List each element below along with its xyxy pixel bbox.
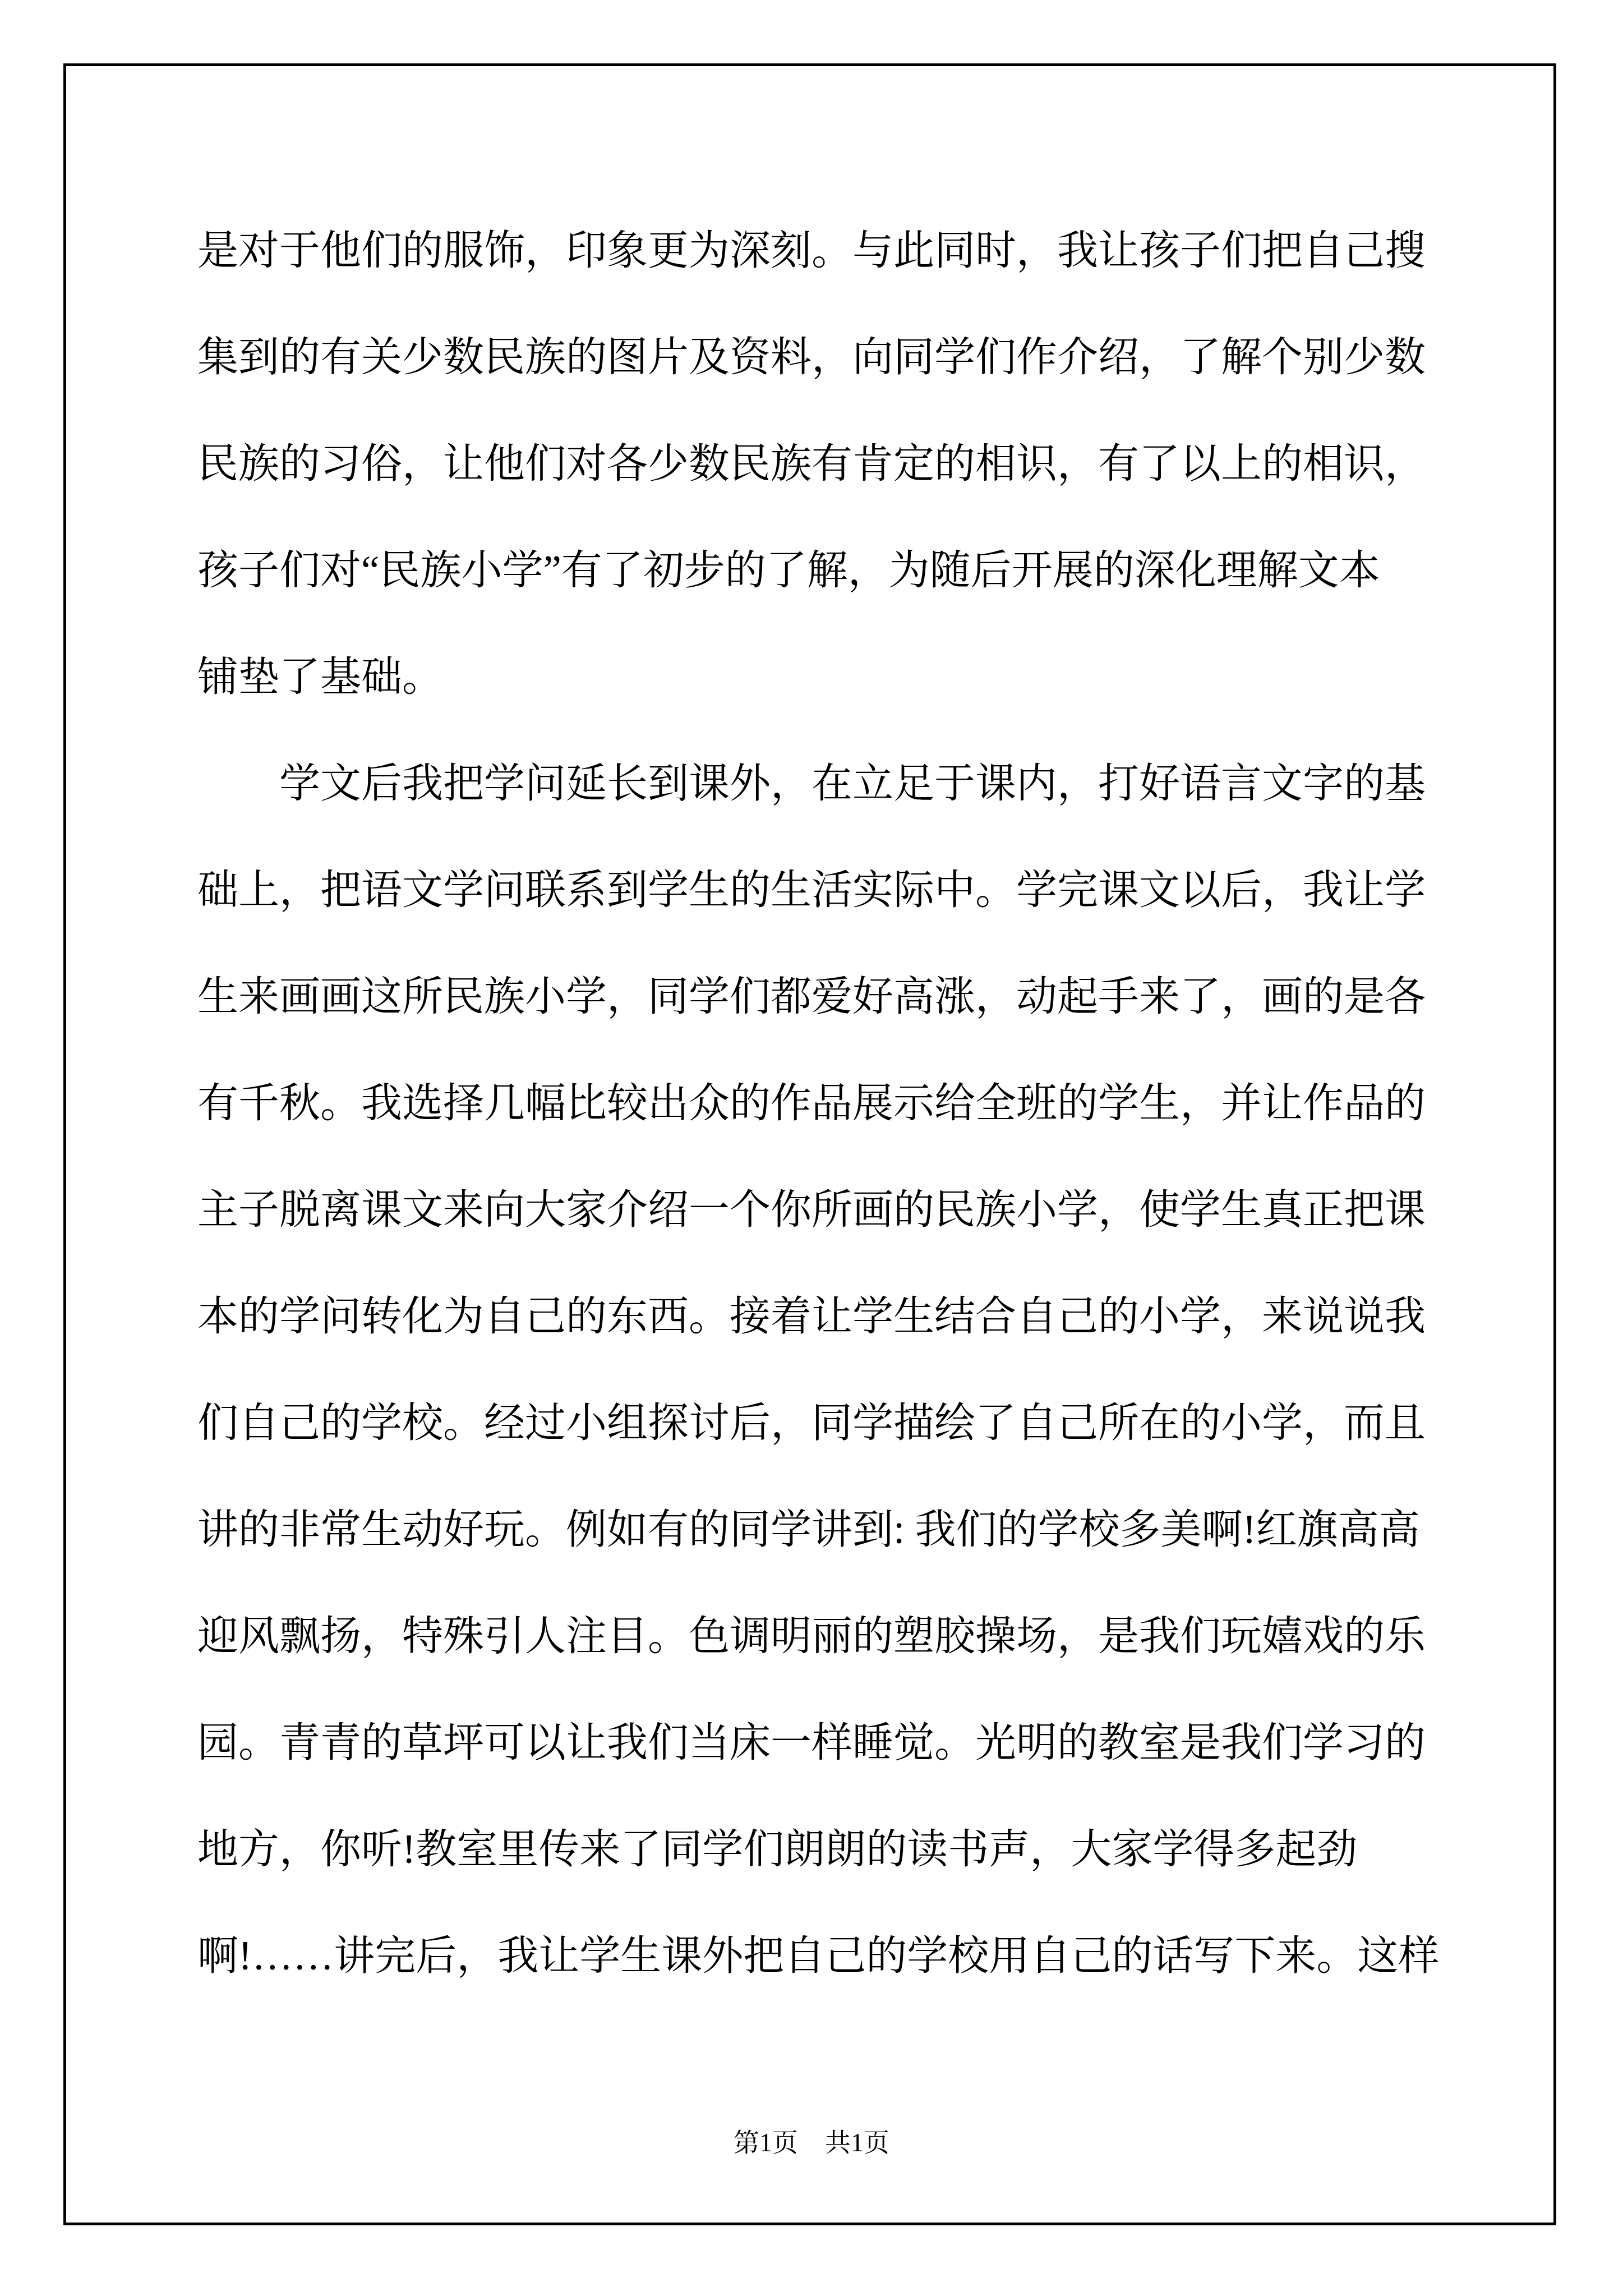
text-line: 迎风飘扬，特殊引人注目。色调明丽的塑胶操场，是我们玩嬉戏的乐 bbox=[197, 1583, 1431, 1690]
document-page: 是对于他们的服饰，印象更为深刻。与此同时，我让孩子们把自己搜集到的有关少数民族的… bbox=[0, 0, 1623, 2296]
footer-page-number: 第1页 bbox=[734, 2127, 798, 2159]
text-line: 生来画画这所民族小学，同学们都爱好高涨，动起手来了，画的是各 bbox=[197, 944, 1431, 1050]
text-line: 地方，你听!教室里传来了同学们朗朗的读书声，大家学得多起劲 bbox=[197, 1796, 1431, 1903]
text-line: 讲的非常生动好玩。例如有的同学讲到: 我们的学校多美啊!红旗高高 bbox=[197, 1476, 1431, 1583]
text-line: 园。青青的草坪可以让我们当床一样睡觉。光明的教室是我们学习的 bbox=[197, 1690, 1431, 1796]
text-line: 有千秋。我选择几幅比较出众的作品展示给全班的学生，并让作品的 bbox=[197, 1050, 1431, 1157]
footer-total-pages: 共1页 bbox=[825, 2127, 889, 2159]
text-line: 集到的有关少数民族的图片及资料，向同学们作介绍，了解个别少数 bbox=[197, 304, 1431, 411]
text-line: 主子脱离课文来向大家介绍一个你所画的民族小学，使学生真正把课 bbox=[197, 1157, 1431, 1263]
body-text: 是对于他们的服饰，印象更为深刻。与此同时，我让孩子们把自己搜集到的有关少数民族的… bbox=[197, 197, 1431, 2009]
text-line: 孩子们对“民族小学”有了初步的了解，为随后开展的深化理解文本 bbox=[197, 517, 1431, 624]
text-line: 们自己的学校。经过小组探讨后，同学描绘了自己所在的小学，而且 bbox=[197, 1370, 1431, 1476]
text-line: 铺垫了基础。 bbox=[197, 624, 1431, 730]
text-line: 是对于他们的服饰，印象更为深刻。与此同时，我让孩子们把自己搜 bbox=[197, 197, 1431, 304]
text-line: 啊!……讲完后，我让学生课外把自己的学校用自己的话写下来。这样 bbox=[197, 1903, 1431, 2009]
text-line: 本的学问转化为自己的东西。接着让学生结合自己的小学，来说说我 bbox=[197, 1263, 1431, 1370]
page-footer: 第1页 共1页 bbox=[0, 2127, 1623, 2159]
text-line: 础上，把语文学问联系到学生的生活实际中。学完课文以后，我让学 bbox=[197, 837, 1431, 944]
text-line: 民族的习俗，让他们对各少数民族有肯定的相识，有了以上的相识， bbox=[197, 411, 1431, 517]
text-line: 学文后我把学问延长到课外，在立足于课内，打好语言文字的基 bbox=[197, 730, 1431, 837]
